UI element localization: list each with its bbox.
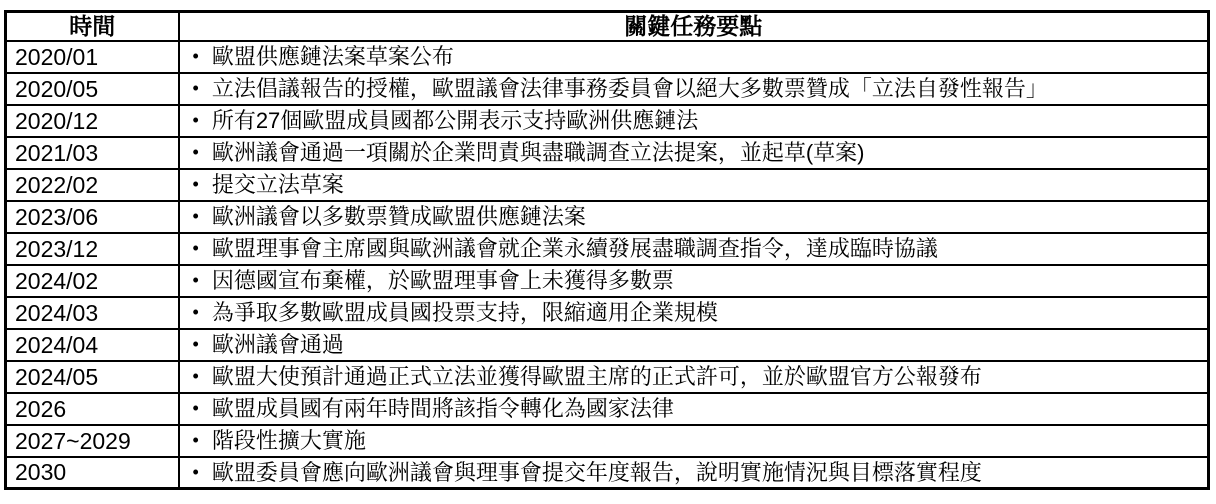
time-cell: 2020/05: [6, 73, 179, 105]
bullet-icon: •: [193, 202, 199, 230]
bullet-icon: •: [193, 426, 199, 454]
task-cell: •階段性擴大實施: [179, 425, 1209, 457]
table-row: 2030•歐盟委員會應向歐洲議會與理事會提交年度報告，說明實施情況與目標落實程度: [6, 457, 1209, 489]
table-row: 2027~2029•階段性擴大實施: [6, 425, 1209, 457]
time-cell: 2030: [6, 457, 179, 489]
task-text: 歐盟理事會主席國與歐洲議會就企業永續發展盡職調查指令，達成臨時協議: [212, 236, 938, 261]
bullet-icon: •: [193, 330, 199, 358]
task-text: 歐盟大使預計通過正式立法並獲得歐盟主席的正式許可，並於歐盟官方公報發布: [212, 364, 982, 389]
time-cell: 2024/04: [6, 329, 179, 361]
bullet-icon: •: [193, 266, 199, 294]
task-text: 所有27個歐盟成員國都公開表示支持歐洲供應鏈法: [212, 108, 698, 133]
table-row: 2026•歐盟成員國有兩年時間將該指令轉化為國家法律: [6, 393, 1209, 425]
table-row: 2021/03•歐洲議會通過一項關於企業問責與盡職調查立法提案，並起草(草案): [6, 137, 1209, 169]
task-cell: •歐盟理事會主席國與歐洲議會就企業永續發展盡職調查指令，達成臨時協議: [179, 233, 1209, 265]
page: 時間 關鍵任務要點 2020/01•歐盟供應鏈法案草案公布2020/05•立法倡…: [0, 0, 1216, 504]
task-text: 歐盟委員會應向歐洲議會與理事會提交年度報告，說明實施情況與目標落實程度: [212, 460, 982, 485]
task-text: 因德國宣布棄權，於歐盟理事會上未獲得多數票: [212, 268, 674, 293]
task-cell: •所有27個歐盟成員國都公開表示支持歐洲供應鏈法: [179, 105, 1209, 137]
time-cell: 2020/01: [6, 41, 179, 73]
time-cell: 2023/06: [6, 201, 179, 233]
column-header-tasks: 關鍵任務要點: [179, 12, 1209, 41]
task-cell: •歐盟委員會應向歐洲議會與理事會提交年度報告，說明實施情況與目標落實程度: [179, 457, 1209, 489]
time-cell: 2022/02: [6, 169, 179, 201]
bullet-icon: •: [193, 74, 199, 102]
time-cell: 2020/12: [6, 105, 179, 137]
time-cell: 2023/12: [6, 233, 179, 265]
table-header-row: 時間 關鍵任務要點: [6, 12, 1209, 41]
bullet-icon: •: [193, 298, 199, 326]
task-cell: •為爭取多數歐盟成員國投票支持，限縮適用企業規模: [179, 297, 1209, 329]
timeline-table: 時間 關鍵任務要點 2020/01•歐盟供應鏈法案草案公布2020/05•立法倡…: [4, 10, 1210, 490]
column-header-time: 時間: [6, 12, 179, 41]
bullet-icon: •: [193, 42, 199, 70]
table-row: 2024/02•因德國宣布棄權，於歐盟理事會上未獲得多數票: [6, 265, 1209, 297]
table-body: 2020/01•歐盟供應鏈法案草案公布2020/05•立法倡議報告的授權，歐盟議…: [6, 41, 1209, 489]
time-cell: 2024/03: [6, 297, 179, 329]
time-cell: 2026: [6, 393, 179, 425]
task-text: 歐盟供應鏈法案草案公布: [212, 44, 454, 69]
table-row: 2020/05•立法倡議報告的授權，歐盟議會法律事務委員會以絕大多數票贊成「立法…: [6, 73, 1209, 105]
task-text: 歐洲議會以多數票贊成歐盟供應鏈法案: [212, 204, 586, 229]
bullet-icon: •: [193, 106, 199, 134]
bullet-icon: •: [193, 458, 199, 486]
task-cell: •因德國宣布棄權，於歐盟理事會上未獲得多數票: [179, 265, 1209, 297]
task-cell: •歐洲議會通過一項關於企業問責與盡職調查立法提案，並起草(草案): [179, 137, 1209, 169]
time-cell: 2024/05: [6, 361, 179, 393]
task-text: 階段性擴大實施: [212, 428, 366, 453]
task-text: 提交立法草案: [212, 172, 344, 197]
task-text: 歐盟成員國有兩年時間將該指令轉化為國家法律: [212, 396, 674, 421]
time-cell: 2027~2029: [6, 425, 179, 457]
task-cell: •歐洲議會通過: [179, 329, 1209, 361]
bullet-icon: •: [193, 170, 199, 198]
task-cell: •歐洲議會以多數票贊成歐盟供應鏈法案: [179, 201, 1209, 233]
time-cell: 2024/02: [6, 265, 179, 297]
bullet-icon: •: [193, 138, 199, 166]
bullet-icon: •: [193, 394, 199, 422]
table-row: 2020/12•所有27個歐盟成員國都公開表示支持歐洲供應鏈法: [6, 105, 1209, 137]
task-text: 立法倡議報告的授權，歐盟議會法律事務委員會以絕大多數票贊成「立法自發性報告」: [212, 76, 1048, 101]
table-row: 2023/12•歐盟理事會主席國與歐洲議會就企業永續發展盡職調查指令，達成臨時協…: [6, 233, 1209, 265]
table-row: 2020/01•歐盟供應鏈法案草案公布: [6, 41, 1209, 73]
bullet-icon: •: [193, 362, 199, 390]
task-text: 歐洲議會通過: [212, 332, 344, 357]
task-cell: •歐盟大使預計通過正式立法並獲得歐盟主席的正式許可，並於歐盟官方公報發布: [179, 361, 1209, 393]
table-row: 2024/03•為爭取多數歐盟成員國投票支持，限縮適用企業規模: [6, 297, 1209, 329]
task-cell: •立法倡議報告的授權，歐盟議會法律事務委員會以絕大多數票贊成「立法自發性報告」: [179, 73, 1209, 105]
task-cell: •歐盟供應鏈法案草案公布: [179, 41, 1209, 73]
time-cell: 2021/03: [6, 137, 179, 169]
bullet-icon: •: [193, 234, 199, 262]
task-text: 為爭取多數歐盟成員國投票支持，限縮適用企業規模: [212, 300, 718, 325]
task-cell: •提交立法草案: [179, 169, 1209, 201]
table-row: 2024/04•歐洲議會通過: [6, 329, 1209, 361]
task-cell: •歐盟成員國有兩年時間將該指令轉化為國家法律: [179, 393, 1209, 425]
task-text: 歐洲議會通過一項關於企業問責與盡職調查立法提案，並起草(草案): [212, 140, 865, 165]
table-row: 2024/05•歐盟大使預計通過正式立法並獲得歐盟主席的正式許可，並於歐盟官方公…: [6, 361, 1209, 393]
table-row: 2023/06•歐洲議會以多數票贊成歐盟供應鏈法案: [6, 201, 1209, 233]
table-row: 2022/02•提交立法草案: [6, 169, 1209, 201]
